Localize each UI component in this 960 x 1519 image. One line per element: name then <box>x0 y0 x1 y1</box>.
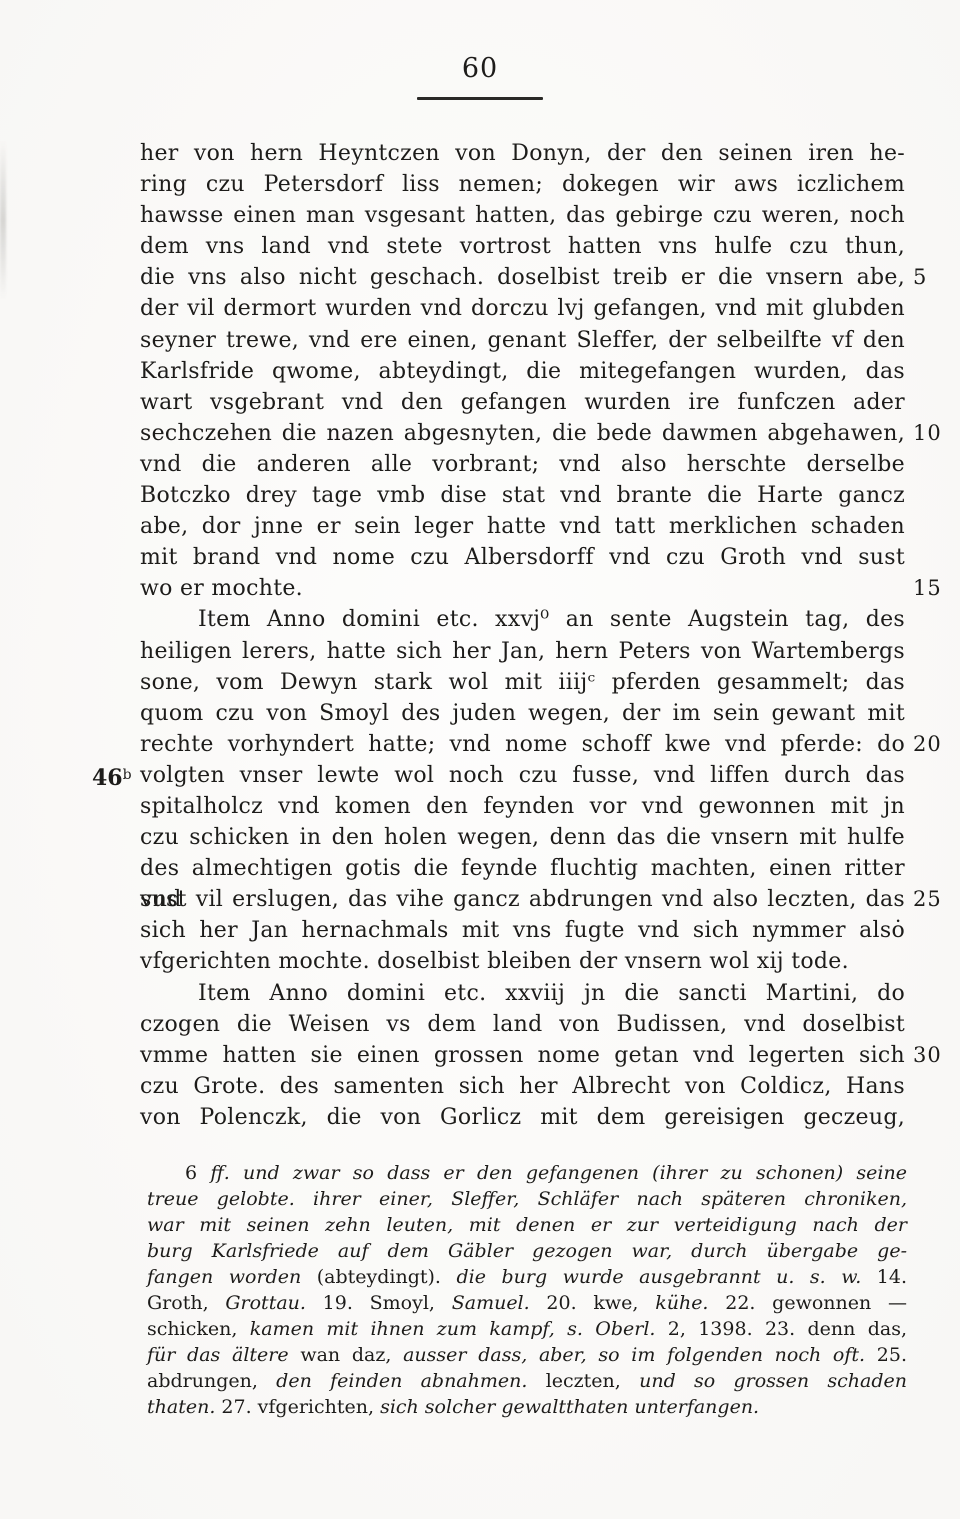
footnote-lemma: 19. Smoyl, <box>306 1292 452 1314</box>
header-rule <box>417 97 543 100</box>
main-text-block: her von hern Heyntczen von Donyn, der de… <box>140 138 905 1133</box>
line-number: 15 <box>913 573 957 604</box>
footnote-lemma: 23. denn das, <box>765 1318 907 1340</box>
text-line: Karlsfride qwome, abteydingt, die mitege… <box>140 356 905 387</box>
text-line: der vil dermort wurden vnd dorczu lvj ge… <box>140 293 905 324</box>
text-line: vnd die anderen alle vorbrant; vnd also … <box>140 449 905 480</box>
folio-number: 46 <box>92 765 123 791</box>
footnote-line: war mit seinen zehn leuten, mit denen er… <box>147 1212 907 1238</box>
text-line: sechczehen die nazen abgesnyten, die bed… <box>140 418 905 449</box>
text-line: die vns also nicht geschach. doselbist t… <box>140 262 905 293</box>
footnote-gloss: ausser dass, aber, so im folgenden noch … <box>403 1344 865 1366</box>
text-line: mit brand vnd nome czu Albersdorff vnd c… <box>140 542 905 573</box>
footnote-lemma: schicken, <box>147 1318 250 1340</box>
line-number: 20 <box>913 729 957 760</box>
text-line: rechte vorhyndert hatte; vnd nome schoff… <box>140 729 905 760</box>
text-line: spitalholcz vnd komen den feynden vor vn… <box>140 791 905 822</box>
footnote-lemma: 22. gewonnen — <box>708 1292 907 1314</box>
footnote-gloss: kamen mit ihnen zum kampf, s. Oberl. <box>250 1318 656 1340</box>
page-header: 60 <box>0 0 960 100</box>
footnote-lemma: 6 <box>185 1162 210 1184</box>
footnote-lemma: 25. <box>865 1344 907 1366</box>
footnote-gloss: sich solcher gewaltthaten unterfangen. <box>380 1396 759 1418</box>
footnote-line: thaten. 27. vfgerichten, sich solcher ge… <box>147 1394 907 1420</box>
footnote-gloss: die burg wurde ausgebrannt u. s. w. <box>441 1266 877 1288</box>
folio-superscript: b <box>123 767 132 783</box>
footnote-line: für das ältere wan daz, ausser dass, abe… <box>147 1342 907 1368</box>
line-number: 25 <box>913 884 957 915</box>
footnote-lemma: abdrungen, <box>147 1370 276 1392</box>
footnote-lemma: 27. vfgerichten, <box>215 1396 380 1418</box>
scan-artifact <box>0 140 6 300</box>
text-line: von Polenczk, die von Gorlicz mit dem ge… <box>140 1102 905 1133</box>
footnote-lemma: Groth, <box>147 1292 225 1314</box>
folio-margin-note: 46b <box>92 760 138 794</box>
footnote-lemma: wan daz, <box>300 1344 403 1366</box>
footnote-lemma: 2, 1398. <box>655 1318 752 1340</box>
footnote-gloss: Samuel. <box>452 1292 530 1314</box>
footnote-gloss: war mit seinen zehn leuten, mit denen er… <box>147 1214 907 1236</box>
footnote-line: abdrungen, den feinden abnahmen. leczten… <box>147 1368 907 1394</box>
book-page: 60 her von hern Heyntczen von Donyn, der… <box>0 0 960 1519</box>
footnote-gloss: ff. und zwar so dass er den gefangenen (… <box>210 1162 907 1184</box>
text-line: Item Anno domini etc. xxviij jn die sanc… <box>140 978 905 1009</box>
text-line: sust vil erslugen, das vihe gancz abdrun… <box>140 884 905 915</box>
line-number: 30 <box>913 1040 957 1071</box>
footnote-gloss: burg Karlsfriede auf dem Gäbler gezogen … <box>147 1240 907 1262</box>
text-line: sich her Jan hernachmals mit vns fugte v… <box>140 915 905 946</box>
text-lines: her von hern Heyntczen von Donyn, der de… <box>140 138 905 1133</box>
text-line: czu Grote. des samenten sich her Albrech… <box>140 1071 905 1102</box>
footnote-line: 6 ff. und zwar so dass er den gefangenen… <box>147 1160 907 1186</box>
footnote-line: fangen worden (abteydingt). die burg wur… <box>147 1264 907 1290</box>
footnote-lemma: leczten, <box>527 1370 639 1392</box>
text-line: seyner trewe, vnd ere einen, genant Slef… <box>140 325 905 356</box>
text-line: abe, dor jnne er sein leger hatte vnd ta… <box>140 511 905 542</box>
text-line: vfgerichten mochte. doselbist bleiben de… <box>140 946 905 977</box>
text-line: Item Anno domini etc. xxvj⁰ an sente Aug… <box>140 604 905 635</box>
text-line: wart vsgebrant vnd den gefangen wurden i… <box>140 387 905 418</box>
footnote-gloss: kühe. <box>655 1292 708 1314</box>
text-line: vmme hatten sie einen grossen nome getan… <box>140 1040 905 1071</box>
text-line: ring czu Petersdorf liss nemen; dokegen … <box>140 169 905 200</box>
footnote-gloss: Grottau. <box>225 1292 306 1314</box>
text-line: quom czu von Smoyl des juden wegen, der … <box>140 698 905 729</box>
footnote-gloss: und so grossen schaden <box>639 1370 907 1392</box>
line-number: 5 <box>913 262 957 293</box>
text-line: sone, vom Dewyn stark wol mit iiijᶜ pfer… <box>140 667 905 698</box>
footnote-line: burg Karlsfriede auf dem Gäbler gezogen … <box>147 1238 907 1264</box>
footnote-gloss <box>753 1318 765 1340</box>
text-line: Botczko drey tage vmb dise stat vnd bran… <box>140 480 905 511</box>
footnote-lemma: 20. kwe, <box>530 1292 656 1314</box>
footnote-gloss: treue gelobte. ihrer einer, Sleffer, Sch… <box>147 1188 907 1210</box>
footnote-gloss: für das ältere <box>147 1344 300 1366</box>
text-line: dem vns land vnd stete vortrost hatten v… <box>140 231 905 262</box>
footnote-lemma: 14. <box>877 1266 907 1288</box>
text-line: czu schicken in den holen wegen, denn da… <box>140 822 905 853</box>
footnotes-block: 6 ff. und zwar so dass er den gefangenen… <box>147 1160 907 1420</box>
footnote-line: Groth, Grottau. 19. Smoyl, Samuel. 20. k… <box>147 1290 907 1316</box>
footnote-line: schicken, kamen mit ihnen zum kampf, s. … <box>147 1316 907 1342</box>
text-line: heiligen lerers, hatte sich her Jan, her… <box>140 636 905 667</box>
text-line: volgten vnser lewte wol noch czu fusse, … <box>140 760 905 791</box>
footnote-gloss: den feinden abnahmen. <box>276 1370 527 1392</box>
footnote-gloss: fangen worden <box>147 1266 317 1288</box>
page-number: 60 <box>0 52 960 86</box>
text-line: wo er mochte. <box>140 573 905 604</box>
footnote-line: treue gelobte. ihrer einer, Sleffer, Sch… <box>147 1186 907 1212</box>
text-line: hawsse einen man vsgesant hatten, das ge… <box>140 200 905 231</box>
footnote-lemma: (abteydingt). <box>317 1266 441 1288</box>
text-line: des almechtigen gotis die feynde fluchti… <box>140 853 905 884</box>
line-number: 10 <box>913 418 957 449</box>
text-line: czogen die Weisen vs dem land von Budiss… <box>140 1009 905 1040</box>
text-line: her von hern Heyntczen von Donyn, der de… <box>140 138 905 169</box>
footnote-gloss: thaten. <box>147 1396 215 1418</box>
